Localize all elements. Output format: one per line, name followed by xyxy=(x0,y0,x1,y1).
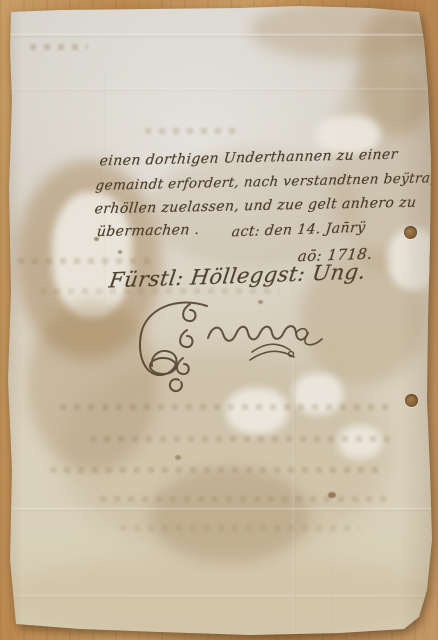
signature-tail xyxy=(296,329,322,345)
signature-flourish xyxy=(0,0,438,640)
punch-hole-bottom xyxy=(405,394,418,407)
signature-loops xyxy=(170,304,196,391)
manuscript-page: einen dorthigen Underthannen zu einer ge… xyxy=(0,0,438,640)
signature-bottom-loop xyxy=(150,358,176,374)
signature-name-scribble xyxy=(208,326,308,341)
photo-of-manuscript: einen dorthigen Underthannen zu einer ge… xyxy=(0,0,438,640)
signature-underline-flourish xyxy=(250,344,294,360)
punch-hole-top xyxy=(404,226,417,239)
